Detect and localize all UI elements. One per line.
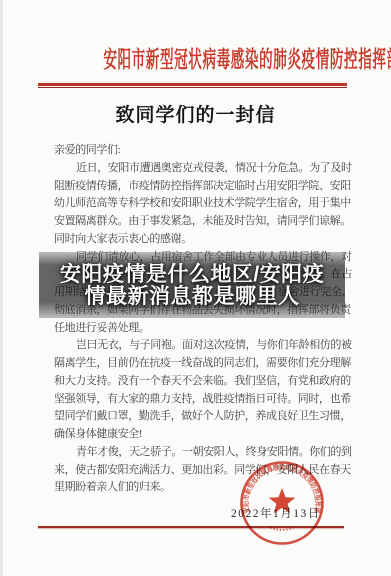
letterhead-rule-thin <box>38 87 347 88</box>
salutation: 亲爱的同学们: <box>54 142 352 160</box>
letter-line: 近日，安阳市遭遇奥密克戎侵袭，情况十分危急。为了及时 <box>54 160 352 178</box>
letter-line: 安置隔离群众。由于事发紧急，未能及时告知，请同学们谅解。 <box>54 213 352 231</box>
official-seal-stamp: 安阳市新型冠状病毒感染的肺炎疫情防控指挥部 <box>237 458 327 548</box>
letter-line: 确保身体健康安全! <box>54 426 352 444</box>
letter-page: 安阳市新型冠状病毒感染的肺炎疫情防控指挥部 致同学们的一封信 亲爱的同学们: 近… <box>0 0 391 576</box>
letter-line: 望同学们戴口罩，勤洗手，做好个人防护，养成良好卫生习惯， <box>54 408 352 426</box>
letter-line: 和大力支持。没有一个春天不会来临。我们坚信，有党和政府的 <box>54 373 352 391</box>
letter-line: 幼儿师范高等专科学校和安阳职业技术学院学生宿舍，用于集中 <box>54 195 352 213</box>
letter-body: 亲爱的同学们: 近日，安阳市遭遇奥密克戎侵袭，情况十分危急。为了及时阻断疫情传播… <box>54 142 352 497</box>
letter-line: 坚强领导，有大家的鼎力支持，战胜疫情指日可待。同时，也希 <box>54 391 352 409</box>
letterhead-title-text: 安阳市新型冠状病毒感染的肺炎疫情防控指挥部 <box>103 41 391 74</box>
letter-line: 同时向大家表示衷心的感谢。 <box>54 231 352 249</box>
letter-line: 任地进行妥善处理。 <box>54 320 352 338</box>
letterhead-title: 安阳市新型冠状病毒感染的肺炎疫情防控指挥部 <box>0 41 391 74</box>
caption-overlay: 安阳疫情是什么地区/安阳疫 情最新消息都是哪里人 <box>39 252 345 318</box>
letterhead-rule <box>38 83 347 88</box>
caption-text-block: 安阳疫情是什么地区/安阳疫 情最新消息都是哪里人 <box>39 252 345 307</box>
letter-title: 致同学们的一封信 <box>0 100 391 127</box>
letter-line: 隔离学生，目前仍在抗疫一线奋战的同志们，需要你们充分理解 <box>54 355 352 373</box>
letter-line: 阻断疫情传播，市疫情防控指挥部决定临时占用安阳学院、安阳 <box>54 178 352 196</box>
seal-star-icon <box>269 488 296 513</box>
seal-bottom-arc <box>271 528 294 531</box>
letterhead-rule-thick <box>38 83 347 86</box>
letter-line: 岂曰无衣，与子同袍。面对这次疫情，与你们年龄相仿的被 <box>54 337 352 355</box>
caption-line1: 安阳疫情是什么地区/安阳疫 <box>39 264 345 286</box>
caption-line2: 情最新消息都是哪里人 <box>39 286 345 308</box>
